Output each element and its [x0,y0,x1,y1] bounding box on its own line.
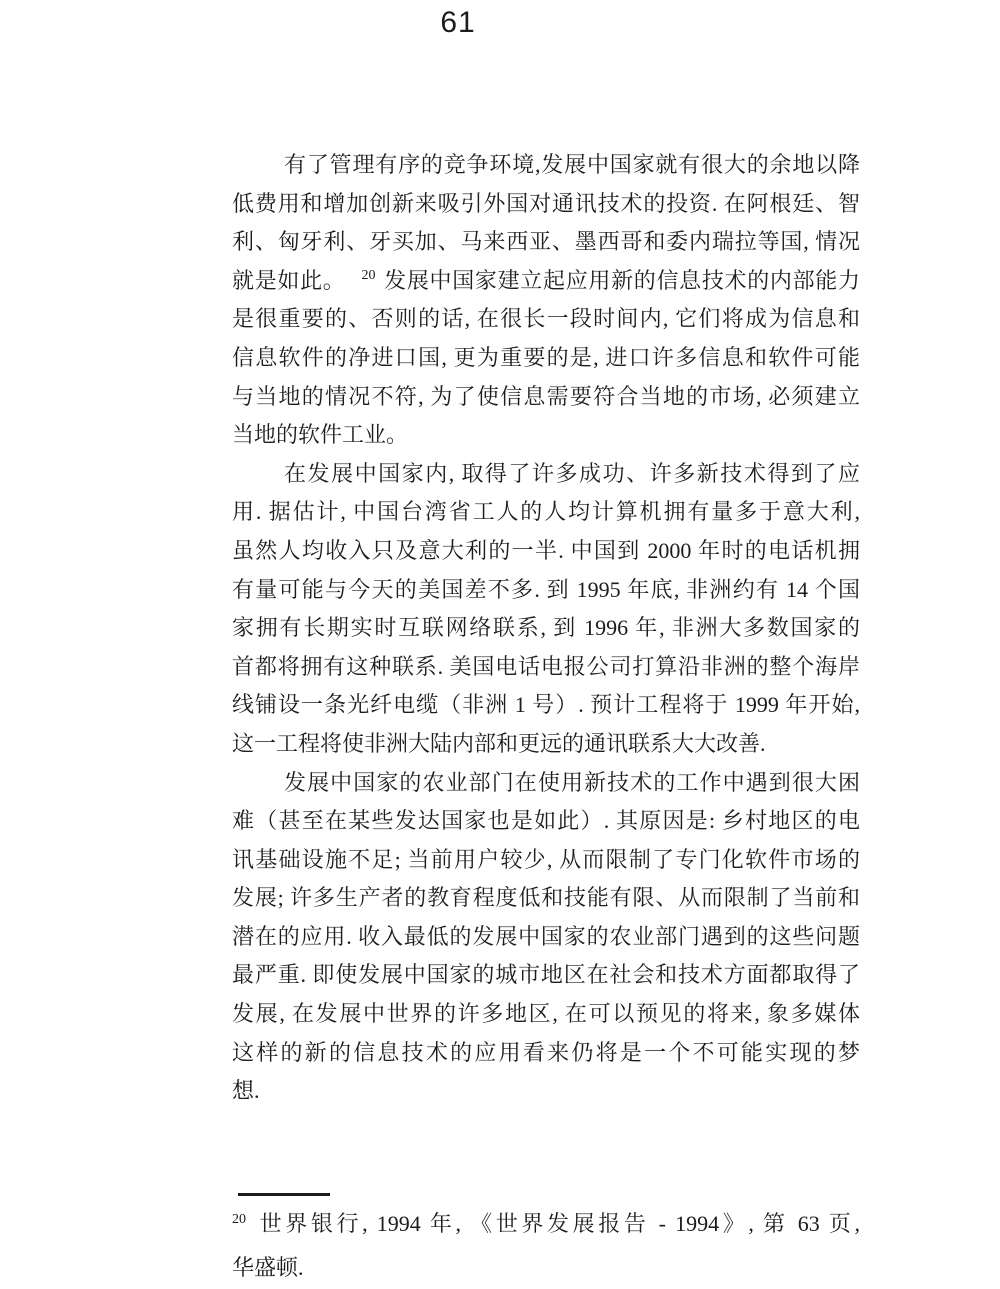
para3-line2: 难（甚至在某些发达国家也是如此）. 其原因是: 乡村地区的电 [232,802,860,841]
para2-line1: 在发展中国家内, 取得了许多成功、许多新技术得到了应 [232,455,860,494]
footnote-line2: 华盛顿. [232,1246,860,1289]
para2-line7: 线铺设一条光纤电缆（非洲 1 号）. 预计工程将于 1999 年开始, [232,686,860,725]
footnote-separator [238,1193,330,1196]
para3-line4: 发展; 许多生产者的教育程度低和技能有限、从而限制了当前和 [232,879,860,918]
footnote-line1: 20世界银行, 1994 年, 《世界发展报告 - 1994》, 第 63 页, [232,1202,860,1246]
para2-line6: 首都将拥有这种联系. 美国电话电报公司打算沿非洲的整个海岸 [232,648,860,687]
para1-line4: 就是如此。20发展中国家建立起应用新的信息技术的内部能力 [232,262,860,301]
para1-line7: 与当地的情况不符, 为了使信息需要符合当地的市场, 必须建立 [232,378,860,417]
para1-line4-pre: 就是如此。 [232,268,345,293]
para1-line5: 是很重要的、否则的话, 在很长一段时间内, 它们将成为信息和 [232,300,860,339]
para3-line9: 想. [232,1072,860,1111]
page-number: 61 [0,6,916,40]
para3-line3: 讯基础设施不足; 当前用户较少, 从而限制了专门化软件市场的 [232,841,860,880]
footnote-text: 世界银行, 1994 年, 《世界发展报告 - 1994》, 第 63 页, [256,1211,860,1236]
para3-line1: 发展中国家的农业部门在使用新技术的工作中遇到很大困 [232,764,860,803]
para1-line3: 利、匈牙利、牙买加、马来西亚、墨西哥和委内瑞拉等国, 情况 [232,223,860,262]
para3-line6: 最严重. 即使发展中国家的城市地区在社会和技术方面都取得了 [232,956,860,995]
para1-line8: 当地的软件工业。 [232,416,860,455]
para2-line2: 用. 据估计, 中国台湾省工人的人均计算机拥有量多于意大利, [232,493,860,532]
para2-line5: 家拥有长期实时互联网络联系, 到 1996 年, 非洲大多数国家的 [232,609,860,648]
footnote-number: 20 [232,1212,246,1227]
para3-line8: 这样的新的信息技术的应用看来仍将是一个不可能实现的梦 [232,1034,860,1073]
page-body: 有了管理有序的竞争环境,发展中国家就有很大的余地以降 低费用和增加创新来吸引外国… [232,146,860,1111]
para3-line7: 发展, 在发展中世界的许多地区, 在可以预见的将来, 象多媒体 [232,995,860,1034]
para2-line3: 虽然人均收入只及意大利的一半. 中国到 2000 年时的电话机拥 [232,532,860,571]
para3-line5: 潜在的应用. 收入最低的发展中国家的农业部门遇到的这些问题 [232,918,860,957]
para1-line2: 低费用和增加创新来吸引外国对通讯技术的投资. 在阿根廷、智 [232,185,860,224]
footnote: 20世界银行, 1994 年, 《世界发展报告 - 1994》, 第 63 页,… [232,1193,860,1289]
para2-line8: 这一工程将使非洲大陆内部和更远的通讯联系大大改善. [232,725,860,764]
para1-line4-rest: 发展中国家建立起应用新的信息技术的内部能力 [383,268,860,293]
document-page: 61 有了管理有序的竞争环境,发展中国家就有很大的余地以降 低费用和增加创新来吸… [0,0,1000,1289]
para1-line6: 信息软件的净进口国, 更为重要的是, 进口许多信息和软件可能 [232,339,860,378]
para2-line4: 有量可能与今天的美国差不多. 到 1995 年底, 非洲约有 14 个国 [232,571,860,610]
para1-line1: 有了管理有序的竞争环境,发展中国家就有很大的余地以降 [232,146,860,185]
footnote-reference-marker: 20 [361,268,375,283]
